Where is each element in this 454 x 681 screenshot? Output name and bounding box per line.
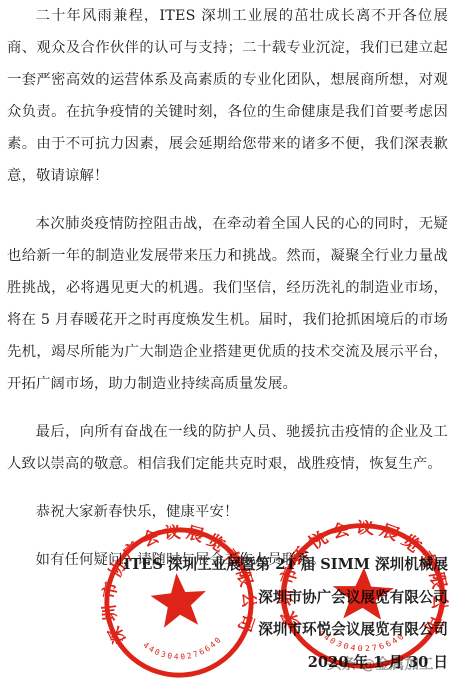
signature-company-xieguang: 深圳市协广会议展览有限公司	[124, 582, 448, 615]
letter-page: 二十年风雨兼程，ITES 深圳工业展的茁壮成长离不开各位展商、观众及合作伙伴的认…	[0, 0, 454, 681]
letter-body: 二十年风雨兼程，ITES 深圳工业展的茁壮成长离不开各位展商、观众及合作伙伴的认…	[7, 0, 448, 592]
paragraph-intro: 二十年风雨兼程，ITES 深圳工业展的茁壮成长离不开各位展商、观众及合作伙伴的认…	[7, 0, 448, 192]
signature-event-line: ITES 深圳工业展暨第 21 届 SIMM 深圳机械展	[124, 549, 448, 582]
paragraph-tribute: 最后，向所有奋战在一线的防护人员、驰援抗击疫情的企业及工人致以崇高的敬意。相信我…	[7, 416, 448, 480]
paragraph-epidemic: 本次肺炎疫情防控阻击战，在牵动着全国人民的心的同时，无疑也给新一年的制造业发展带…	[7, 208, 448, 400]
signature-company-huanyue: 深圳市环悦会议展览有限公司	[124, 614, 448, 647]
toutiao-watermark: 头条 @金属加工	[327, 653, 434, 674]
paragraph-greeting: 恭祝大家新春快乐，健康平安！	[7, 496, 448, 528]
